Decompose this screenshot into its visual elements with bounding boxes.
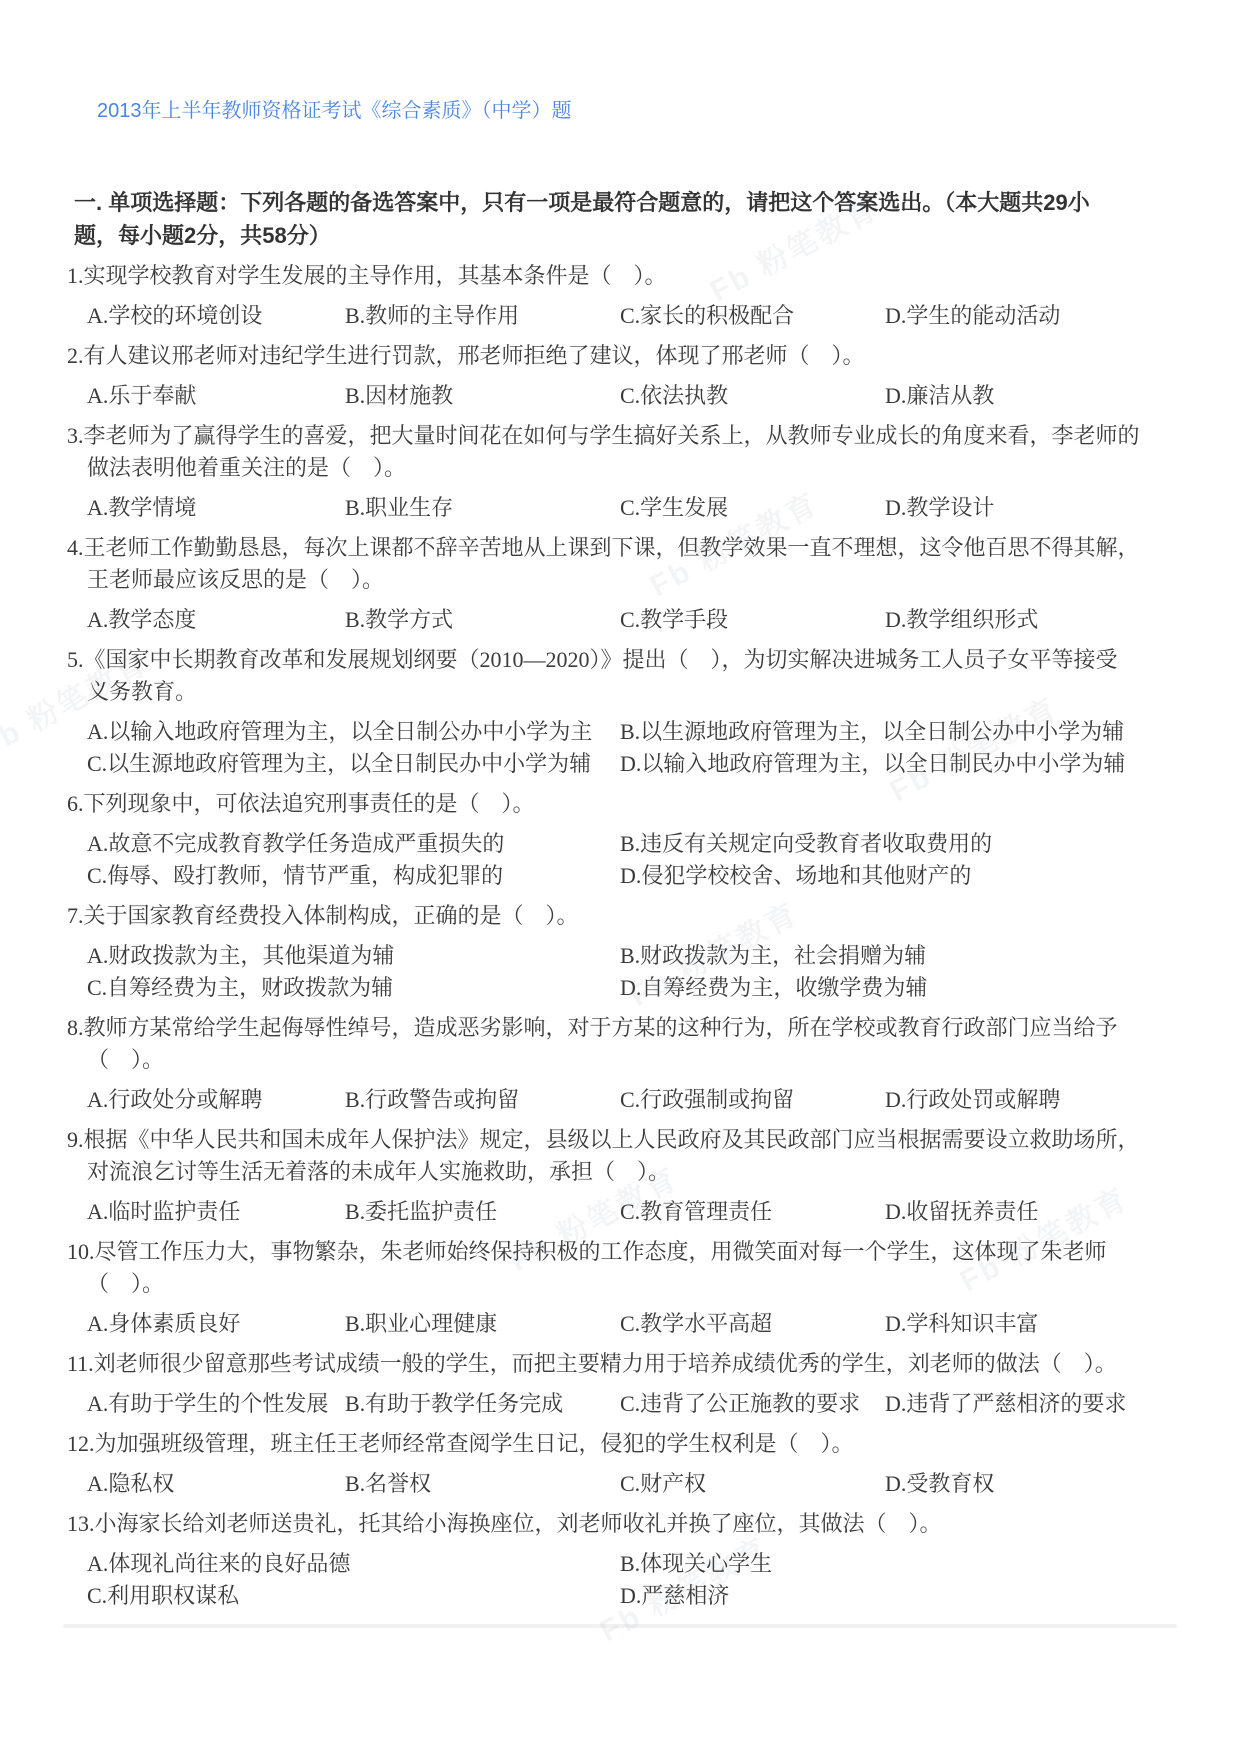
- option-c: C.教学水平高超: [620, 1308, 885, 1340]
- option-b: B.教师的主导作用: [345, 300, 620, 332]
- option-a: A.学校的环境创设: [87, 300, 345, 332]
- option-a: A.行政处分或解聘: [87, 1084, 345, 1116]
- question-options: A.临时监护责任 B.委托监护责任 C.教育管理责任 D.收留抚养责任: [67, 1196, 1177, 1228]
- option-d: D.廉洁从教: [885, 380, 1177, 412]
- question-options: A.故意不完成教育教学任务造成严重损失的 B.违反有关规定向受教育者收取费用的 …: [67, 828, 1177, 892]
- option-d: D.教学设计: [885, 492, 1177, 524]
- question: 13.小海家长给刘老师送贵礼，托其给小海换座位，刘老师收礼并换了座位，其做法（ …: [67, 1508, 1177, 1612]
- question: 11.刘老师很少留意那些考试成绩一般的学生，而把主要精力用于培养成绩优秀的学生，…: [67, 1348, 1177, 1420]
- question-options: A.教学态度 B.教学方式 C.教学手段 D.教学组织形式: [67, 604, 1177, 636]
- question-text: 根据《中华人民共和国未成年人保护法》规定，县级以上人民政府及其民政部门应当根据需…: [84, 1127, 1140, 1184]
- option-c: C.教学手段: [620, 604, 885, 636]
- option-a: A.体现礼尚往来的良好品德: [87, 1548, 620, 1580]
- option-a: A.教学情境: [87, 492, 345, 524]
- question-number: 12.: [67, 1431, 95, 1456]
- option-d: D.行政处罚或解聘: [885, 1084, 1177, 1116]
- question: 4.王老师工作勤勤恳恳，每次上课都不辞辛苦地从上课到下课，但教学效果一直不理想，…: [67, 532, 1177, 636]
- question: 2.有人建议邢老师对违纪学生进行罚款，邢老师拒绝了建议，体现了邢老师（ ）。 A…: [67, 340, 1177, 412]
- question-text: 《国家中长期教育改革和发展规划纲要（2010—2020）》提出（ ），为切实解决…: [84, 647, 1118, 704]
- option-c: C.行政强制或拘留: [620, 1084, 885, 1116]
- question-options: A.体现礼尚往来的良好品德 B.体现关心学生 C.利用职权谋私 D.严慈相济: [67, 1548, 1177, 1612]
- question-number: 2.: [67, 343, 84, 368]
- question: 9.根据《中华人民共和国未成年人保护法》规定，县级以上人民政府及其民政部门应当根…: [67, 1124, 1177, 1228]
- option-c: C.侮辱、殴打教师，情节严重，构成犯罪的: [87, 860, 620, 892]
- question-number: 13.: [67, 1511, 95, 1536]
- option-d: D.严慈相济: [620, 1580, 1177, 1612]
- question-number: 8.: [67, 1015, 84, 1040]
- option-a: A.临时监护责任: [87, 1196, 345, 1228]
- option-b: B.职业生存: [345, 492, 620, 524]
- section-heading: 一. 单项选择题：下列各题的备选答案中，只有一项是最符合题意的，请把这个答案选出…: [74, 186, 1109, 252]
- option-c: C.学生发展: [620, 492, 885, 524]
- question-options: A.教学情境 B.职业生存 C.学生发展 D.教学设计: [67, 492, 1177, 524]
- question-number: 1.: [67, 263, 84, 288]
- question-options: A.身体素质良好 B.职业心理健康 C.教学水平高超 D.学科知识丰富: [67, 1308, 1177, 1340]
- option-a: A.隐私权: [87, 1468, 345, 1500]
- option-d: D.以输入地政府管理为主，以全日制民办中小学为辅: [620, 748, 1177, 780]
- question-options: A.学校的环境创设 B.教师的主导作用 C.家长的积极配合 D.学生的能动活动: [67, 300, 1177, 332]
- question-number: 7.: [67, 903, 84, 928]
- question-options: A.隐私权 B.名誉权 C.财产权 D.受教育权: [67, 1468, 1177, 1500]
- option-a: A.故意不完成教育教学任务造成严重损失的: [87, 828, 620, 860]
- option-d: D.侵犯学校校舍、场地和其他财产的: [620, 860, 1177, 892]
- question: 1.实现学校教育对学生发展的主导作用，其基本条件是（ ）。 A.学校的环境创设 …: [67, 260, 1177, 332]
- question-text: 王老师工作勤勤恳恳，每次上课都不辞辛苦地从上课到下课，但教学效果一直不理想，这令…: [84, 535, 1140, 592]
- option-c: C.违背了公正施教的要求: [620, 1388, 885, 1420]
- question-number: 11.: [67, 1351, 94, 1376]
- option-c: C.家长的积极配合: [620, 300, 885, 332]
- option-a: A.乐于奉献: [87, 380, 345, 412]
- question-text: 为加强班级管理，班主任王老师经常查阅学生日记，侵犯的学生权利是（ ）。: [95, 1431, 854, 1456]
- question-options: A.行政处分或解聘 B.行政警告或拘留 C.行政强制或拘留 D.行政处罚或解聘: [67, 1084, 1177, 1116]
- option-b: B.因材施教: [345, 380, 620, 412]
- question: 10.尽管工作压力大，事物繁杂，朱老师始终保持积极的工作态度，用微笑面对每一个学…: [67, 1236, 1177, 1340]
- question-text: 小海家长给刘老师送贵礼，托其给小海换座位，刘老师收礼并换了座位，其做法（ ）。: [95, 1511, 942, 1536]
- question: 8.教师方某常给学生起侮辱性绰号，造成恶劣影响，对于方某的这种行为，所在学校或教…: [67, 1012, 1177, 1116]
- option-d: D.教学组织形式: [885, 604, 1177, 636]
- option-b: B.名誉权: [345, 1468, 620, 1500]
- question-list: 1.实现学校教育对学生发展的主导作用，其基本条件是（ ）。 A.学校的环境创设 …: [67, 260, 1177, 1612]
- question: 5.《国家中长期教育改革和发展规划纲要（2010—2020）》提出（ ），为切实…: [67, 644, 1177, 780]
- question-text: 实现学校教育对学生发展的主导作用，其基本条件是（ ）。: [84, 263, 667, 288]
- question-number: 10.: [67, 1239, 95, 1264]
- page-divider: [63, 1624, 1177, 1628]
- question-text: 刘老师很少留意那些考试成绩一般的学生，而把主要精力用于培养成绩优秀的学生，刘老师…: [94, 1351, 1117, 1376]
- option-d: D.自筹经费为主，收缴学费为辅: [620, 972, 1177, 1004]
- option-b: B.有助于教学任务完成: [345, 1388, 620, 1420]
- question: 7.关于国家教育经费投入体制构成，正确的是（ ）。 A.财政拨款为主，其他渠道为…: [67, 900, 1177, 1004]
- question-text: 李老师为了赢得学生的喜爱，把大量时间花在如何与学生搞好关系上，从教师专业成长的角…: [84, 423, 1140, 480]
- question-text: 尽管工作压力大，事物繁杂，朱老师始终保持积极的工作态度，用微笑面对每一个学生，这…: [87, 1239, 1107, 1296]
- question-number: 3.: [67, 423, 84, 448]
- question-options: A.乐于奉献 B.因材施教 C.依法执教 D.廉洁从教: [67, 380, 1177, 412]
- question-number: 5.: [67, 647, 84, 672]
- question-text: 有人建议邢老师对违纪学生进行罚款，邢老师拒绝了建议，体现了邢老师（ ）。: [84, 343, 865, 368]
- option-b: B.委托监护责任: [345, 1196, 620, 1228]
- option-c: C.利用职权谋私: [87, 1580, 620, 1612]
- option-c: C.依法执教: [620, 380, 885, 412]
- option-b: B.职业心理健康: [345, 1308, 620, 1340]
- question-number: 4.: [67, 535, 84, 560]
- option-a: A.教学态度: [87, 604, 345, 636]
- option-b: B.行政警告或拘留: [345, 1084, 620, 1116]
- question-text: 下列现象中，可依法追究刑事责任的是（ ）。: [84, 791, 535, 816]
- option-a: A.以输入地政府管理为主，以全日制公办中小学为主: [87, 716, 620, 748]
- option-d: D.受教育权: [885, 1468, 1177, 1500]
- option-a: A.身体素质良好: [87, 1308, 345, 1340]
- question-text: 教师方某常给学生起侮辱性绰号，造成恶劣影响，对于方某的这种行为，所在学校或教育行…: [84, 1015, 1118, 1072]
- option-b: B.财政拨款为主，社会捐赠为辅: [620, 940, 1177, 972]
- option-b: B.教学方式: [345, 604, 620, 636]
- option-d: D.收留抚养责任: [885, 1196, 1177, 1228]
- question-number: 6.: [67, 791, 84, 816]
- option-c: C.财产权: [620, 1468, 885, 1500]
- option-a: A.财政拨款为主，其他渠道为辅: [87, 940, 620, 972]
- option-b: B.体现关心学生: [620, 1548, 1177, 1580]
- question: 6.下列现象中，可依法追究刑事责任的是（ ）。 A.故意不完成教育教学任务造成严…: [67, 788, 1177, 892]
- question-number: 9.: [67, 1127, 84, 1152]
- question: 12.为加强班级管理，班主任王老师经常查阅学生日记，侵犯的学生权利是（ ）。 A…: [67, 1428, 1177, 1500]
- question: 3.李老师为了赢得学生的喜爱，把大量时间花在如何与学生搞好关系上，从教师专业成长…: [67, 420, 1177, 524]
- document-page: { "page": { "title": "2013年上半年教师资格证考试《综合…: [0, 0, 1240, 1754]
- question-options: A.以输入地政府管理为主，以全日制公办中小学为主 B.以生源地政府管理为主，以全…: [67, 716, 1177, 780]
- option-d: D.违背了严慈相济的要求: [885, 1388, 1177, 1420]
- option-c: C.以生源地政府管理为主，以全日制民办中小学为辅: [87, 748, 620, 780]
- option-b: B.以生源地政府管理为主，以全日制公办中小学为辅: [620, 716, 1177, 748]
- option-c: C.教育管理责任: [620, 1196, 885, 1228]
- option-d: D.学科知识丰富: [885, 1308, 1177, 1340]
- option-c: C.自筹经费为主，财政拨款为辅: [87, 972, 620, 1004]
- question-text: 关于国家教育经费投入体制构成，正确的是（ ）。: [84, 903, 579, 928]
- option-b: B.违反有关规定向受教育者收取费用的: [620, 828, 1177, 860]
- option-a: A.有助于学生的个性发展: [87, 1388, 345, 1420]
- option-d: D.学生的能动活动: [885, 300, 1177, 332]
- page-title: 2013年上半年教师资格证考试《综合素质》（中学）题: [97, 99, 1240, 123]
- question-options: A.财政拨款为主，其他渠道为辅 B.财政拨款为主，社会捐赠为辅 C.自筹经费为主…: [67, 940, 1177, 1004]
- question-options: A.有助于学生的个性发展 B.有助于教学任务完成 C.违背了公正施教的要求 D.…: [67, 1388, 1177, 1420]
